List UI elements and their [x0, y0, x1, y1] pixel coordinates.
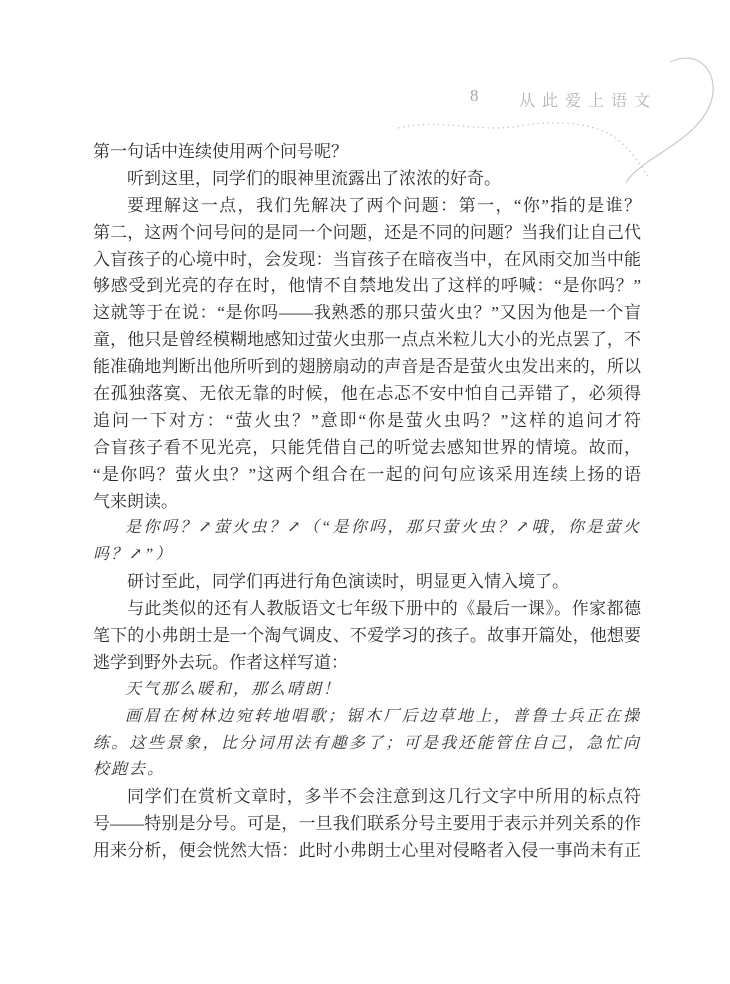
text-line: 研讨至此，同学们再进行角色演读时，明显更入情入境了。: [93, 569, 641, 596]
text-line-excerpt: 是你吗？↗萤火虫？↗（“是你吗，那只萤火虫？↗哦，你是萤火虫: [93, 515, 641, 542]
text-line: 要理解这一点，我们先解决了两个问题：第一，“你”指的是谁？: [93, 193, 641, 220]
text-line: 号——特别是分号。可是，一旦我们联系分号主要用于表示并列关系的作: [93, 811, 641, 838]
text-line-excerpt: 画眉在树林边宛转地唱歌；锯木厂后边草地上，普鲁士兵正在操: [93, 704, 641, 731]
text-line: 童，他只是曾经模糊地感知过萤火虫那一点点米粒儿大小的光点罢了，不: [93, 327, 641, 354]
text-line: 合盲孩子看不见光亮，只能凭借自己的听觉去感知世界的情境。故而，: [93, 435, 641, 462]
body-text: 第一句话中连续使用两个问号呢？ 听到这里，同学们的眼神里流露出了浓浓的好奇。 要…: [93, 139, 641, 865]
text-line-excerpt: 校跑去。: [93, 757, 641, 784]
text-line: “是你吗？萤火虫？”这两个组合在一起的问句应该采用连续上扬的语: [93, 462, 641, 489]
text-line: 入盲孩子的心境中时，会发现：当盲孩子在暗夜当中，在风雨交加当中能: [93, 247, 641, 274]
text-line: 用来分析，便会恍然大悟：此时小弗朗士心里对侵略者入侵一事尚未有正: [93, 838, 641, 865]
text-line: 气来朗读。: [93, 489, 641, 516]
text-line: 这就等于在说：“是你吗——我熟悉的那只萤火虫？”又因为他是一个盲: [93, 300, 641, 327]
text-line: 追问一下对方：“萤火虫？”意即“你是萤火虫吗？”这样的追问才符: [93, 408, 641, 435]
text-line: 能准确地判断出他所听到的翅膀扇动的声音是否是萤火虫发出来的，所以: [93, 354, 641, 381]
text-line: 逃学到野外去玩。作者这样写道：: [93, 650, 641, 677]
text-line-excerpt: 练。这些景象，比分词用法有趣多了；可是我还能管住自己，急忙向学: [93, 731, 641, 758]
text-line: 第一句话中连续使用两个问号呢？: [93, 139, 641, 166]
text-line-excerpt: 吗？↗”）: [93, 542, 641, 569]
text-line: 第二，这两个问号问的是同一个问题，还是不同的问题？当我们让自己代: [93, 220, 641, 247]
text-line: 够感受到光亮的存在时，他情不自禁地发出了这样的呼喊：“是你吗？”: [93, 273, 641, 300]
text-line: 同学们在赏析文章时，多半不会注意到这几行文字中所用的标点符: [93, 784, 641, 811]
text-line: 在孤独落寞、无依无靠的时候，他在忐忑不安中怕自己弄错了，必须得: [93, 381, 641, 408]
book-page: 8 从此爱上语文 第一句话中连续使用两个问号呢？ 听到这里，同学们的眼神里流露出…: [0, 0, 730, 984]
text-line: 与此类似的还有人教版语文七年级下册中的《最后一课》。作家都德: [93, 596, 641, 623]
text-line: 听到这里，同学们的眼神里流露出了浓浓的好奇。: [93, 166, 641, 193]
text-line-excerpt: 天气那么暖和，那么晴朗！: [93, 677, 641, 704]
running-title: 从此爱上语文: [519, 88, 657, 111]
text-line: 笔下的小弗朗士是一个淘气调皮、不爱学习的孩子。故事开篇处，他想要: [93, 623, 641, 650]
page-number: 8: [470, 86, 479, 106]
